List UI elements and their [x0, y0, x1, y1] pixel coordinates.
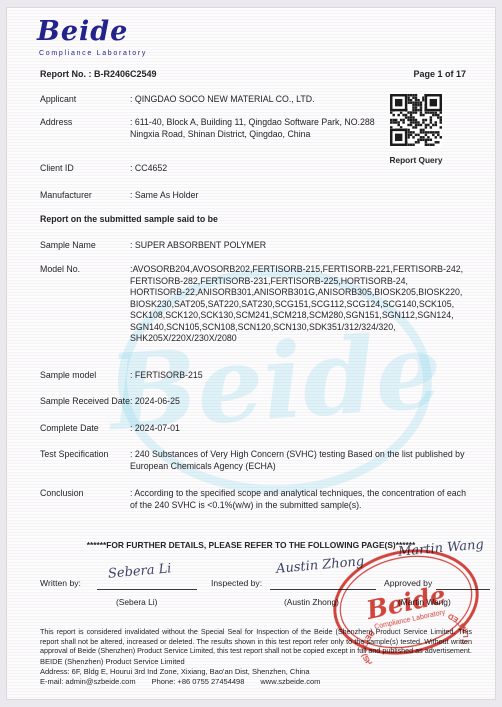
test-spec-value: : 240 Substances of Very High Concern (S…: [130, 449, 475, 472]
field-row-applicant: Applicant : QINGDAO SOCO NEW MATERIAL CO…: [40, 94, 315, 106]
test-spec-label: Test Specification: [40, 449, 130, 472]
manufacturer-label: Manufacturer: [40, 190, 130, 202]
report-query-block: Report Query: [389, 94, 443, 165]
address-value: : 611-40, Block A, Building 11, Qingdao …: [130, 117, 392, 140]
written-by-label: Written by:: [40, 578, 81, 588]
sample-name-value: : SUPER ABSORBENT POLYMER: [130, 240, 266, 252]
qr-caption: Report Query: [389, 155, 443, 165]
field-row-test-spec: Test Specification : 240 Substances of V…: [40, 449, 475, 472]
applicant-label: Applicant: [40, 94, 130, 106]
beide-logo: Beide: [37, 16, 128, 47]
inspected-by-label: Inspected by:: [211, 578, 262, 588]
field-row-manufacturer: Manufacturer : Same As Holder: [40, 190, 198, 202]
received-date-label: Sample Received Date: [40, 396, 130, 408]
field-row-model-no: Model No. :AVOSORB204,AVOSORB202,FERTISO…: [40, 264, 475, 345]
field-row-received-date: Sample Received Date : 2024-06-25: [40, 396, 180, 408]
model-no-label: Model No.: [40, 264, 130, 345]
report-page: Beide Beide Compliance Laboratory Report…: [0, 0, 502, 707]
client-id-value: : CC4652: [130, 163, 167, 175]
complete-date-label: Complete Date: [40, 423, 130, 435]
footer-phone: Phone: +86 0755 27454498: [152, 677, 245, 687]
field-row-conclusion: Conclusion : According to the specified …: [40, 488, 475, 511]
field-row-client-id: Client ID : CC4652: [40, 163, 167, 175]
applicant-value: : QINGDAO SOCO NEW MATERIAL CO., LTD.: [130, 94, 315, 106]
page-indicator: Page 1 of 17: [413, 69, 466, 79]
sample-model-label: Sample model: [40, 370, 130, 382]
qr-code-icon: [390, 94, 442, 146]
footer-contact: E-mail: admin@szbeide.com Phone: +86 075…: [40, 677, 320, 687]
field-row-complete-date: Complete Date : 2024-07-01: [40, 423, 180, 435]
field-row-sample-model: Sample model : FERTISORB-215: [40, 370, 203, 382]
footer-email: E-mail: admin@szbeide.com: [40, 677, 136, 687]
written-by-name: (Sebera Li): [116, 597, 157, 607]
footer-address: Address: 6F, Bldg E, Hourui 3rd Ind Zone…: [40, 667, 310, 677]
manufacturer-value: : Same As Holder: [130, 190, 198, 202]
received-date-value: : 2024-06-25: [130, 396, 180, 408]
client-id-label: Client ID: [40, 163, 130, 175]
report-number: Report No. : B-R2406C2549: [40, 69, 157, 79]
sample-name-label: Sample Name: [40, 240, 130, 252]
footer-website: www.szbeide.com: [260, 677, 320, 687]
model-no-value: :AVOSORB204,AVOSORB202,FERTISORB-215,FER…: [130, 264, 475, 345]
field-row-address: Address : 611-40, Block A, Building 11, …: [40, 117, 392, 140]
footer-company: BEIDE (Shenzhen) Product Service Limited: [40, 657, 185, 667]
section-heading: Report on the submitted sample said to b…: [40, 214, 218, 224]
written-by-line: [97, 588, 197, 590]
complete-date-value: : 2024-07-01: [130, 423, 180, 435]
sample-model-value: : FERTISORB-215: [130, 370, 203, 382]
conclusion-value: : According to the specified scope and a…: [130, 488, 475, 511]
field-row-sample-name: Sample Name : SUPER ABSORBENT POLYMER: [40, 240, 266, 252]
conclusion-label: Conclusion: [40, 488, 130, 511]
beide-logo-subtitle: Compliance Laboratory: [39, 50, 147, 57]
address-label: Address: [40, 117, 130, 140]
